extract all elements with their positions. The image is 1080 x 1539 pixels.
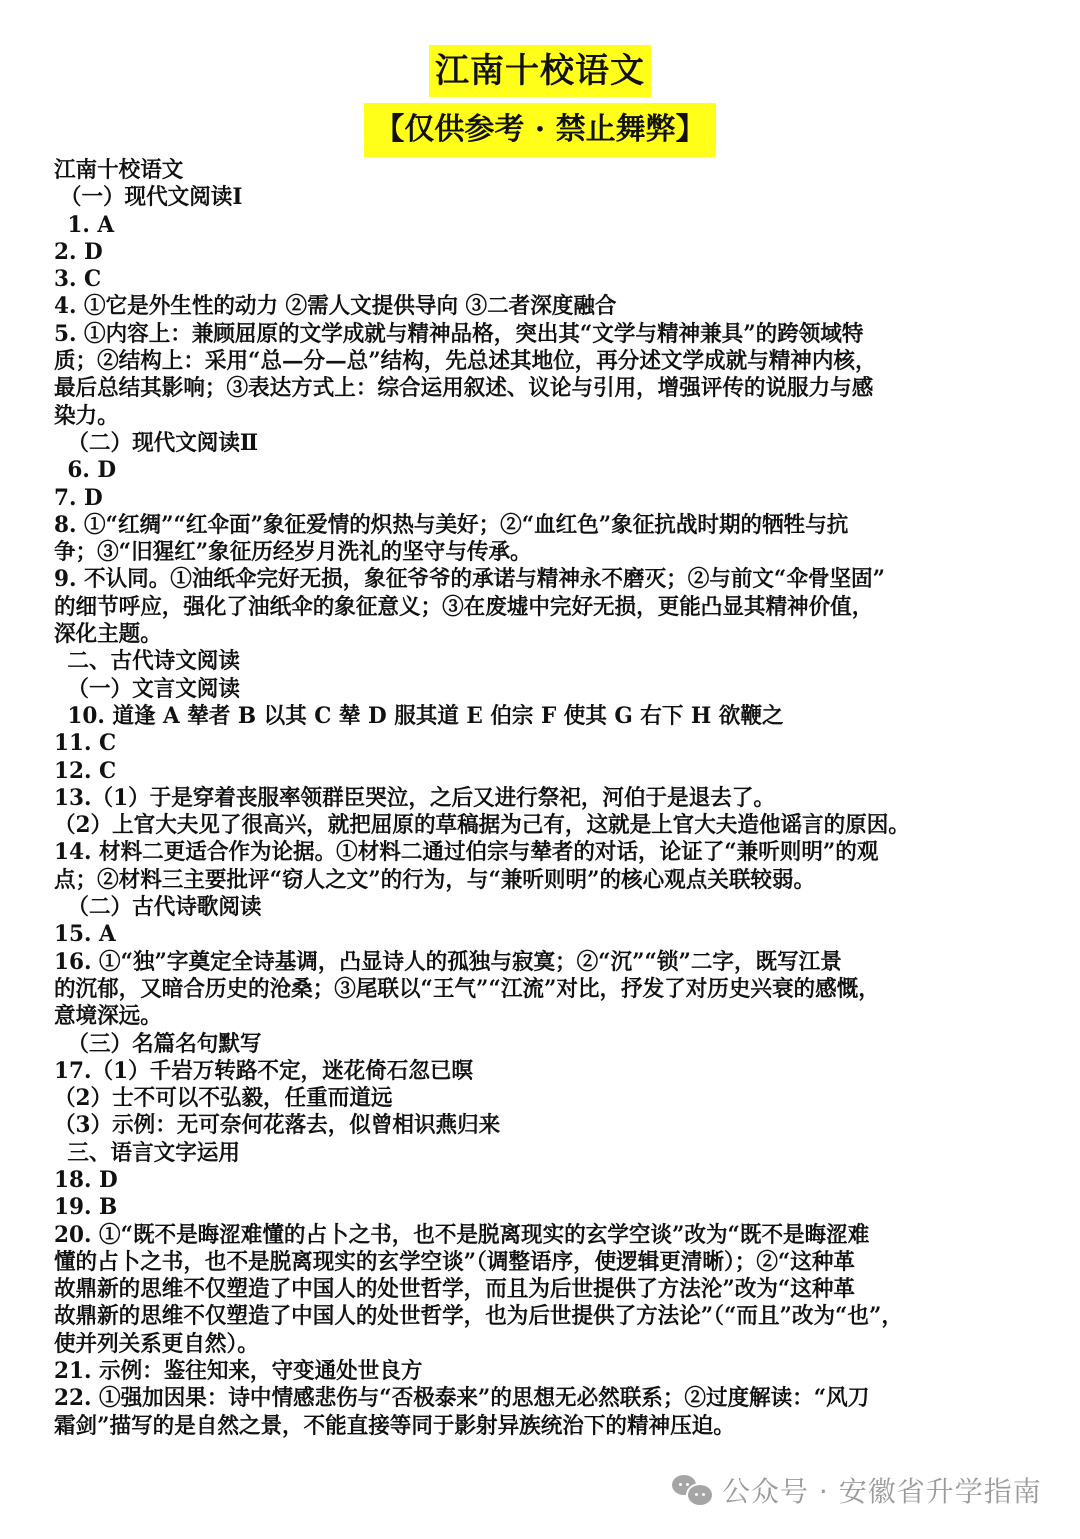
answer-line: 9. 不认同。①油纸伞完好无损，象征爷爷的承诺与精神永不磨灭；②与前文“伞骨坚固… xyxy=(54,566,1014,593)
answer-line: （三）名篇名句默写 xyxy=(54,1031,1014,1058)
page-subtitle: 【仅供参考 · 禁止舞弊】 xyxy=(364,103,715,157)
watermark-footer: 公众号 · 安徽省升学指南 xyxy=(672,1470,1042,1510)
answer-line: 13.（1）于是穿着丧服率领群臣哭泣，之后又进行祭祀，河伯于是退去了。 xyxy=(54,785,1014,812)
answer-line: （二）现代文阅读Ⅱ xyxy=(54,430,1014,457)
answer-line: 争；③“旧猩红”象征历经岁月洗礼的坚守与传承。 xyxy=(54,539,1014,566)
answer-line: （2）上官大夫见了很高兴，就把屈原的草稿据为己有，这就是上官大夫造他谣言的原因。 xyxy=(54,812,1014,839)
subtitle-block: 【仅供参考 · 禁止舞弊】 xyxy=(0,103,1080,157)
answer-line: 江南十校语文 xyxy=(54,157,1014,184)
answer-line: 懂的占卜之书，也不是脱离现实的玄学空谈”（调整语序，使逻辑更清晰）；②“这种革 xyxy=(54,1249,1014,1276)
answer-line: （二）古代诗歌阅读 xyxy=(54,894,1014,921)
answer-line: 的细节呼应，强化了油纸伞的象征意义；③在废墟中完好无损，更能凸显其精神价值， xyxy=(54,594,1014,621)
answer-key-body: 江南十校语文（一）现代文阅读Ⅰ 1. A2. D3. C4. ①它是外生性的动力… xyxy=(54,157,1034,1440)
answer-line: 8. ①“红绸”“红伞面”象征爱情的炽热与美好；②“血红色”象征抗战时期的牺牲与… xyxy=(54,512,1014,539)
answer-line: 2. D xyxy=(54,239,1014,266)
answer-line: 6. D xyxy=(54,457,1014,484)
answer-line: 的沉郁，又暗合历史的沧桑；③尾联以“王气”“江流”对比，抒发了对历史兴衰的感慨， xyxy=(54,976,1014,1003)
answer-line: 21. 示例：鉴往知来，守变通处世良方 xyxy=(54,1358,1014,1385)
answer-line: 1. A xyxy=(54,212,1014,239)
answer-line: （一）现代文阅读Ⅰ xyxy=(54,184,1014,211)
answer-line: 使并列关系更自然）。 xyxy=(54,1331,1014,1358)
answer-line: 4. ①它是外生性的动力 ②需人文提供导向 ③二者深度融合 xyxy=(54,293,1014,320)
answer-line: 12. C xyxy=(54,758,1014,785)
answer-line: 22. ①强加因果：诗中情感悲伤与“否极泰来”的思想无必然联系；②过度解读：“风… xyxy=(54,1385,1014,1412)
answer-line: 14. 材料二更适合作为论据。①材料二通过伯宗与辇者的对话，论证了“兼听则明”的… xyxy=(54,839,1014,866)
answer-line: 10. 道逢 A 辇者 B 以其 C 辇 D 服其道 E 伯宗 F 使其 G 右… xyxy=(54,703,1014,730)
answer-line: 意境深远。 xyxy=(54,1003,1014,1030)
answer-line: 15. A xyxy=(54,921,1014,948)
answer-line: 三、语言文字运用 xyxy=(54,1140,1014,1167)
answer-line: 点；②材料三主要批评“窃人之文”的行为，与“兼听则明”的核心观点关联较弱。 xyxy=(54,867,1014,894)
page-title: 江南十校语文 xyxy=(429,45,651,97)
answer-line: 17.（1）千岩万转路不定，迷花倚石忽已暝 xyxy=(54,1058,1014,1085)
answer-line: 5. ①内容上：兼顾屈原的文学成就与精神品格，突出其“文学与精神兼具”的跨领域特 xyxy=(54,321,1014,348)
answer-line: 最后总结其影响；③表达方式上：综合运用叙述、议论与引用，增强评传的说服力与感 xyxy=(54,375,1014,402)
answer-line: 18. D xyxy=(54,1167,1014,1194)
answer-line: 故鼎新的思维不仅塑造了中国人的处世哲学，而且为后世提供了方法沦”改为“这种革 xyxy=(54,1276,1014,1303)
answer-line: （2）士不可以不弘毅，任重而道远 xyxy=(54,1085,1014,1112)
watermark-text: 公众号 · 安徽省升学指南 xyxy=(722,1470,1042,1510)
answer-line: 3. C xyxy=(54,266,1014,293)
answer-line: 霜剑”描写的是自然之景，不能直接等同于影射异族统治下的精神压迫。 xyxy=(54,1413,1014,1440)
answer-line: 19. B xyxy=(54,1194,1014,1221)
answer-line: 20. ①“既不是晦涩难懂的占卜之书，也不是脱离现实的玄学空谈”改为“既不是晦涩… xyxy=(54,1222,1014,1249)
title-block: 江南十校语文 xyxy=(0,45,1080,97)
wechat-icon xyxy=(672,1473,712,1507)
answer-line: 质；②结构上：采用“总—分—总”结构，先总述其地位，再分述文学成就与精神内核， xyxy=(54,348,1014,375)
answer-line: 16. ①“独”字奠定全诗基调，凸显诗人的孤独与寂寞；②“沉”“锁”二字，既写江… xyxy=(54,949,1014,976)
answer-line: 故鼎新的思维不仅塑造了中国人的处世哲学，也为后世提供了方法论”（“而且”改为“也… xyxy=(54,1303,1014,1330)
answer-line: 11. C xyxy=(54,730,1014,757)
answer-line: （3）示例：无可奈何花落去，似曾相识燕归来 xyxy=(54,1112,1014,1139)
answer-line: 7. D xyxy=(54,485,1014,512)
answer-line: （一）文言文阅读 xyxy=(54,676,1014,703)
answer-line: 二、古代诗文阅读 xyxy=(54,648,1014,675)
answer-line: 染力。 xyxy=(54,403,1014,430)
answer-line: 深化主题。 xyxy=(54,621,1014,648)
